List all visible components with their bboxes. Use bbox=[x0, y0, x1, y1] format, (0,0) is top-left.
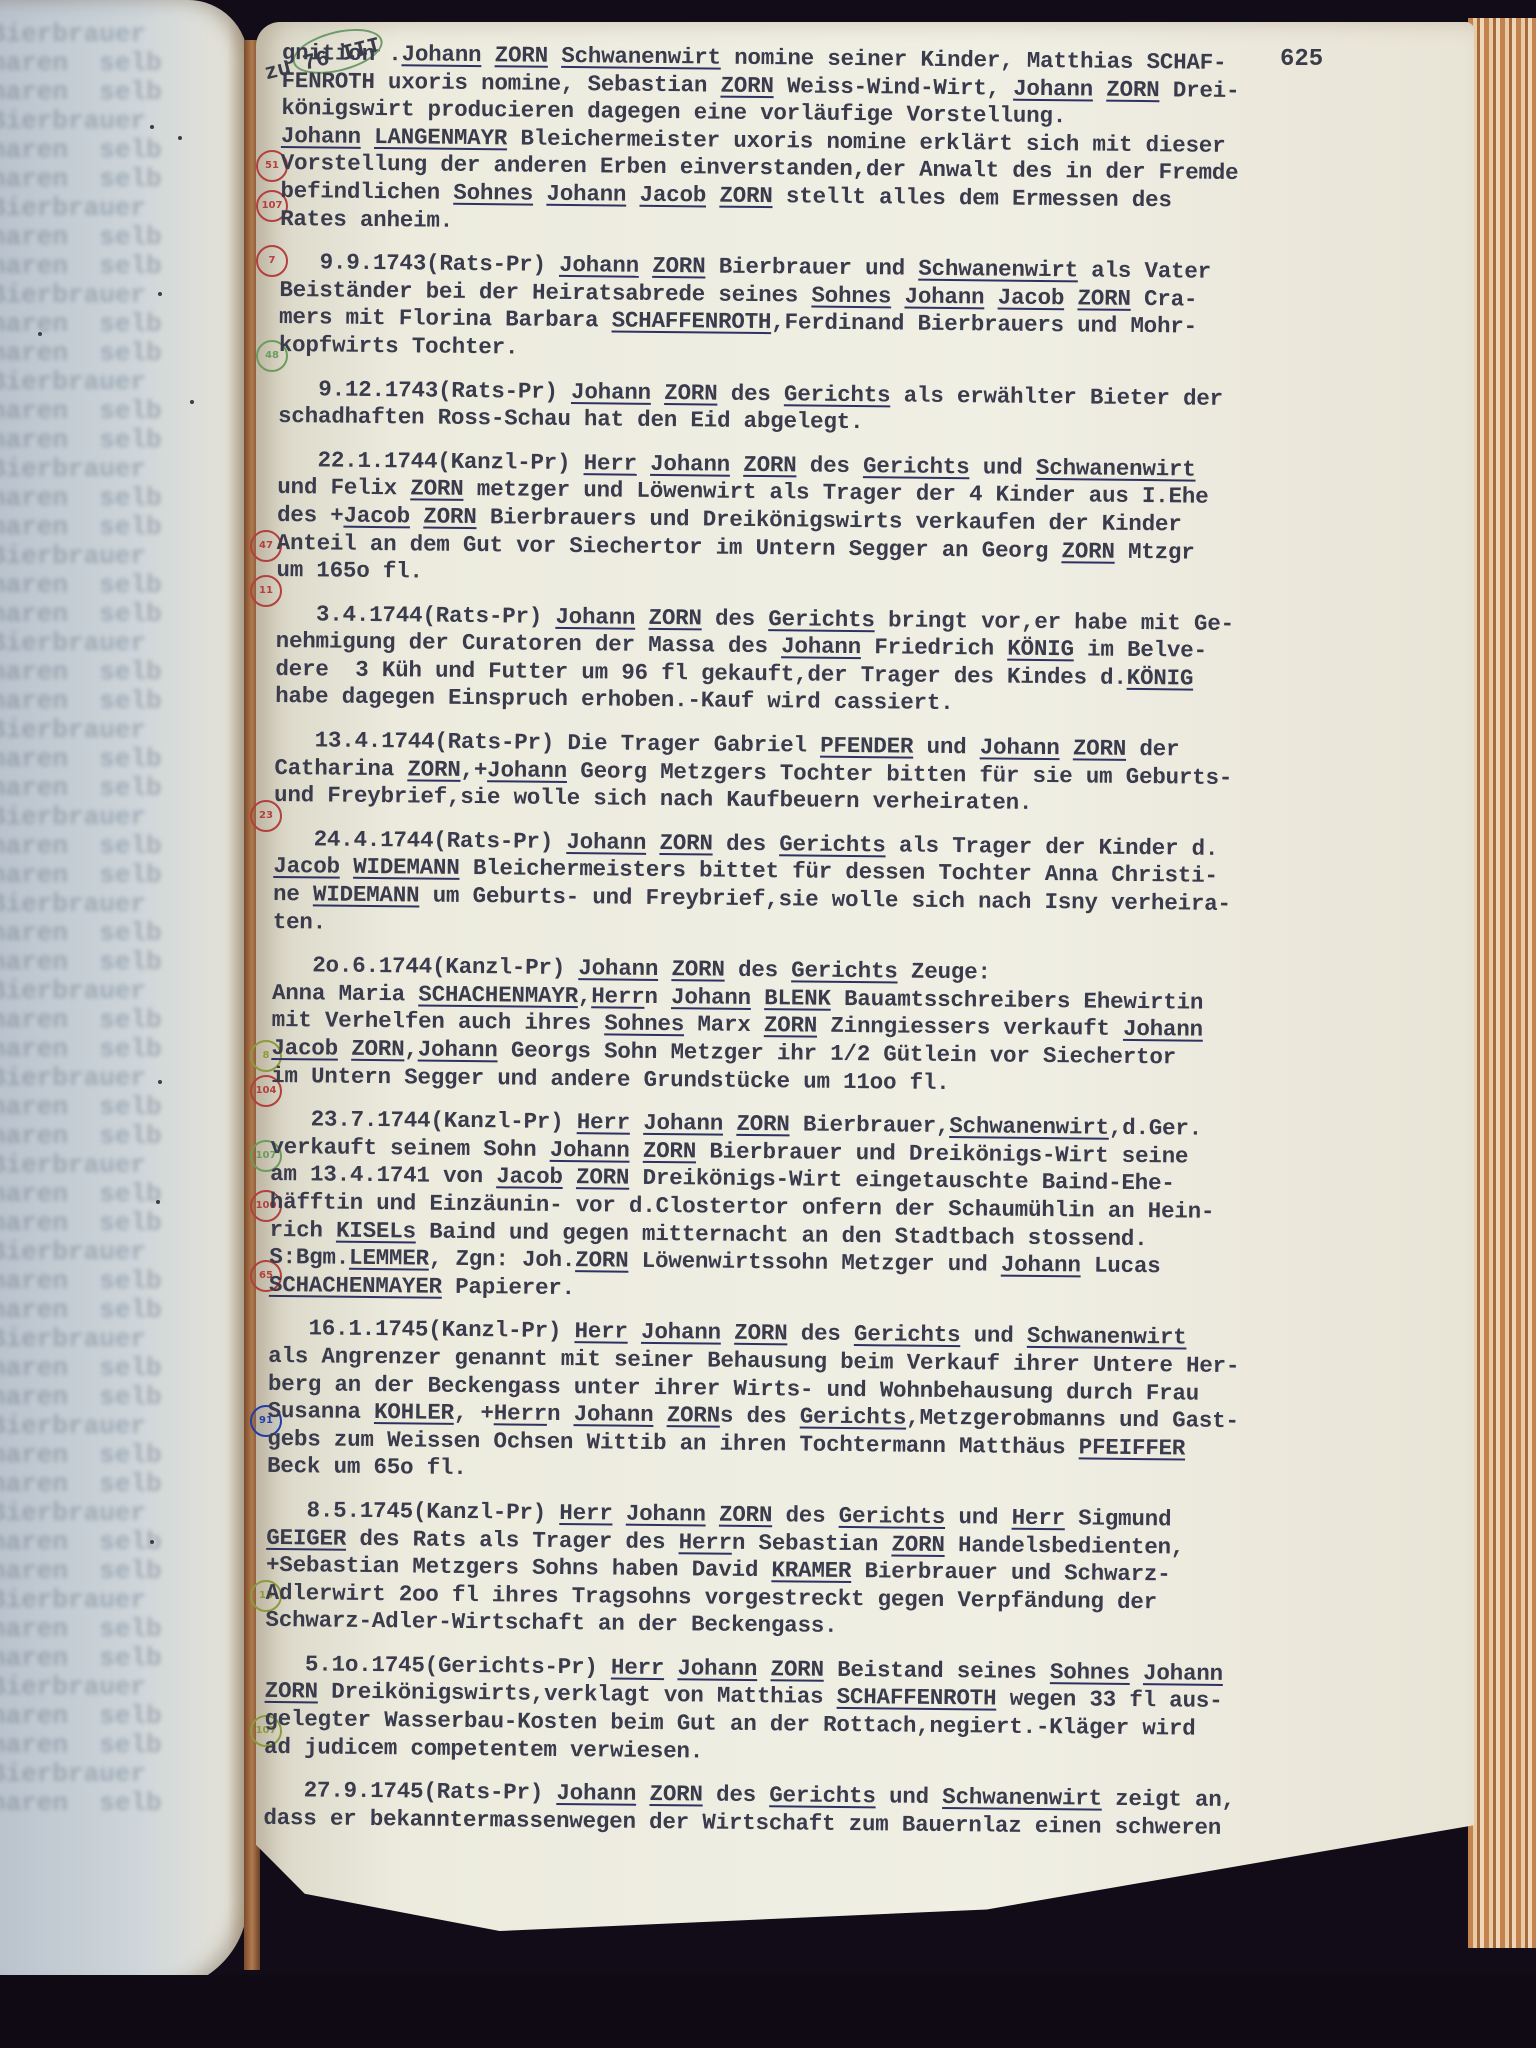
left-page-bleed-text: Bierbrauer naren selb naren selb Bierbra… bbox=[0, 20, 230, 1818]
record-continuation: gnition .Johann ZORN Schwanenwirt nomine… bbox=[280, 40, 1467, 246]
entry-date: 9.12.1743 bbox=[318, 376, 438, 403]
entry-date: 2o.6.1744 bbox=[312, 953, 432, 980]
entry-date: 9.9.1743 bbox=[320, 250, 427, 277]
record-entry: 24.4.1744(Rats-Pr) Johann ZORN des Geric… bbox=[273, 826, 1459, 949]
entry-date: 13.4.1744 bbox=[315, 727, 435, 754]
entry-source: (Rats-Pr) bbox=[434, 729, 554, 756]
document-body: gnition .Johann ZORN Schwanenwirt nomine… bbox=[263, 40, 1467, 1861]
record-entry: 16.1.1745(Kanzl-Pr) Herr Johann ZORN des… bbox=[267, 1315, 1454, 1493]
entry-date: 22.1.1744 bbox=[317, 447, 437, 474]
record-entry: 23.7.1744(Kanzl-Pr) Herr Johann ZORN Bie… bbox=[269, 1106, 1456, 1312]
entry-date: 3.4.1744 bbox=[316, 601, 423, 628]
record-entry: 5.1o.1745(Gerichts-Pr) Herr Johann ZORN … bbox=[264, 1651, 1450, 1774]
entry-date: 27.9.1745 bbox=[304, 1778, 424, 1805]
record-entry: 3.4.1744(Rats-Pr) Johann ZORN des Gerich… bbox=[275, 601, 1461, 724]
record-entry: 2o.6.1744(Kanzl-Pr) Johann ZORN des Geri… bbox=[271, 952, 1457, 1102]
table-background bbox=[0, 1975, 1536, 2048]
entry-source: (Kanzl-Pr) bbox=[432, 954, 565, 981]
entry-source: (Kanzl-Pr) bbox=[413, 1498, 546, 1525]
record-entry: 9.9.1743(Rats-Pr) Johann ZORN Bierbrauer… bbox=[279, 249, 1465, 372]
entry-source: (Rats-Pr) bbox=[438, 377, 558, 404]
entry-date: 16.1.1745 bbox=[308, 1316, 428, 1343]
entry-source: (Rats-Pr) bbox=[426, 251, 546, 278]
entry-date: 24.4.1744 bbox=[313, 826, 433, 853]
entry-date: 5.1o.1745 bbox=[305, 1651, 425, 1678]
entry-source: (Kanzl-Pr) bbox=[430, 1108, 563, 1135]
record-entry: 13.4.1744(Rats-Pr) Die Trager Gabriel PF… bbox=[274, 727, 1460, 822]
entry-source: (Gerichts-Pr) bbox=[425, 1652, 598, 1680]
entry-source: (Rats-Pr) bbox=[433, 827, 553, 854]
entry-source: (Kanzl-Pr) bbox=[428, 1317, 561, 1344]
entry-source: (Rats-Pr) bbox=[422, 602, 542, 629]
page-edges bbox=[1468, 18, 1536, 1948]
record-entry: 22.1.1744(Kanzl-Pr) Herr Johann ZORN des… bbox=[276, 447, 1462, 597]
left-facing-page: Bierbrauer naren selb naren selb Bierbra… bbox=[0, 0, 248, 1990]
entry-source: (Rats-Pr) bbox=[423, 1779, 543, 1806]
record-entry: 9.12.1743(Rats-Pr) Johann ZORN des Geric… bbox=[278, 376, 1464, 444]
entry-date: 8.5.1745 bbox=[306, 1497, 413, 1524]
record-entry: 8.5.1745(Kanzl-Pr) Herr Johann ZORN des … bbox=[265, 1497, 1451, 1647]
entry-source: (Kanzl-Pr) bbox=[437, 448, 570, 475]
record-entry: 27.9.1745(Rats-Pr) Johann ZORN des Geric… bbox=[263, 1777, 1449, 1845]
entry-date: 23.7.1744 bbox=[311, 1107, 431, 1134]
